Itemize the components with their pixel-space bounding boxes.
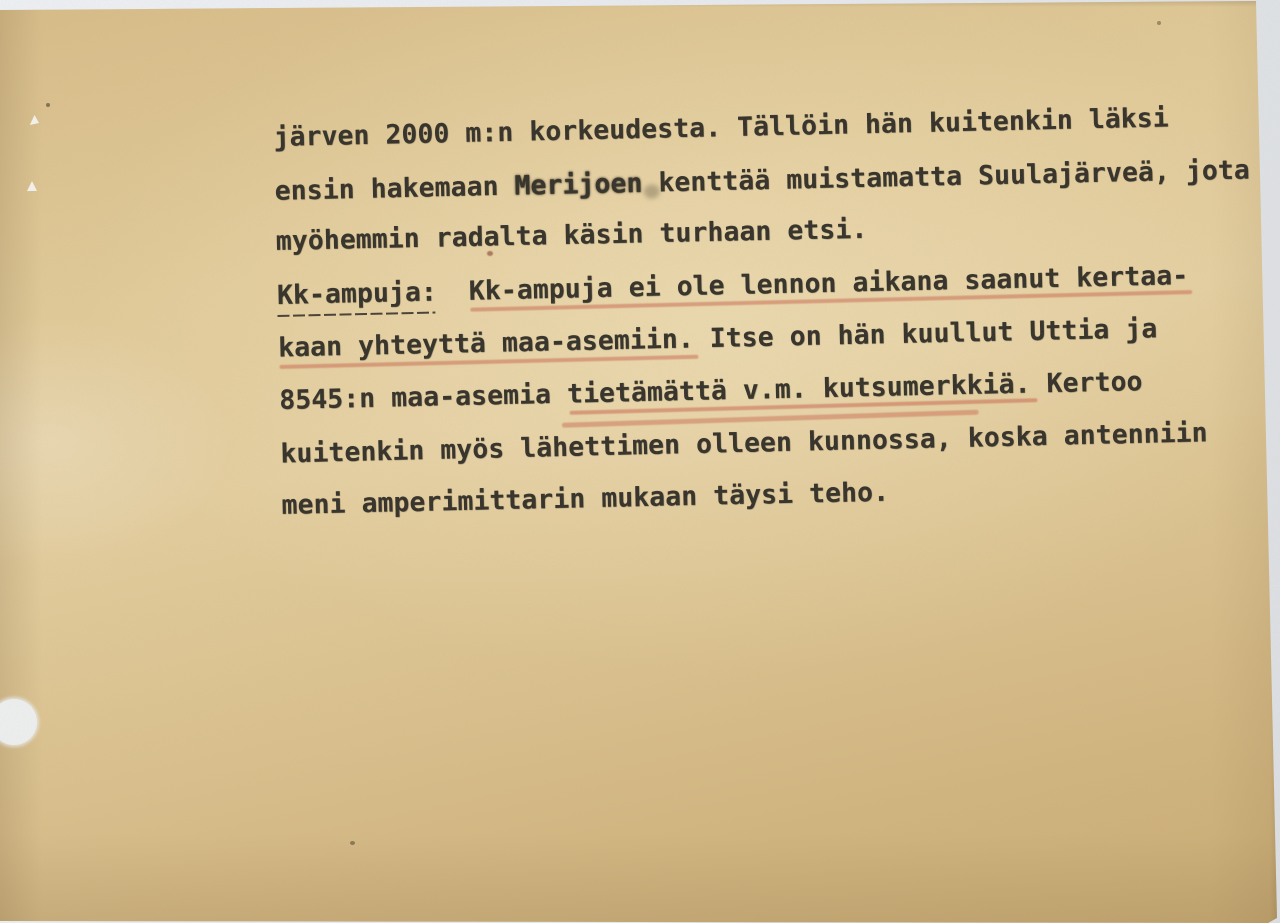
text-segment: ensin hakemaan xyxy=(274,160,515,218)
text-segment: Kertoo xyxy=(1030,356,1143,411)
text-segment-red-underline: kaan yhteyttä maa-asemiin. xyxy=(278,314,695,376)
hole-punch xyxy=(0,699,37,745)
photo-background: järven 2000 m:n korkeudesta. Tällöin hän… xyxy=(0,0,1280,923)
text-segment xyxy=(436,266,469,319)
paper-speck xyxy=(27,181,37,192)
text-segment-label-underline: Kk-ampuja: xyxy=(276,266,437,322)
text-segment-red-double-underline: tietämättä v.m. kutsumerkkiä. xyxy=(566,359,1031,422)
paper-speck xyxy=(350,841,355,845)
text-segment-smudged: Merijoen xyxy=(514,157,643,212)
paper-speck xyxy=(1157,21,1161,25)
typewritten-text: järven 2000 m:n korkeudesta. Tällöin hän… xyxy=(273,90,1280,533)
text-segment: 8545:n maa-asemia xyxy=(279,369,568,428)
paper-sheet: järven 2000 m:n korkeudesta. Tällöin hän… xyxy=(0,0,1280,923)
paper-speck xyxy=(46,103,50,107)
paper-speck xyxy=(29,115,39,125)
